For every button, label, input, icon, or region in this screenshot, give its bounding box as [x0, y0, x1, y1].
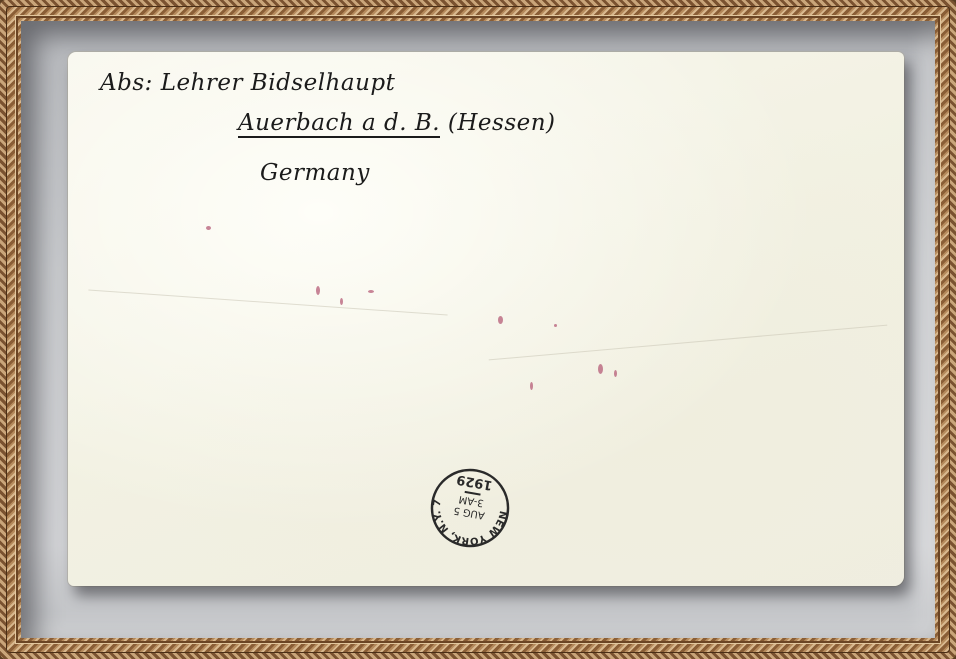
- ink-speck: [368, 290, 374, 293]
- sender-region: (Hessen): [448, 110, 556, 136]
- sender-country: Germany: [260, 160, 370, 186]
- ink-speck: [530, 382, 533, 390]
- envelope-flap-crease: [489, 325, 888, 361]
- sender-town: Auerbach a d. B.: [238, 110, 440, 138]
- postmark-stamp: NEW YORK, N.Y. 7 AUG 5 3-AM 1929: [421, 459, 518, 556]
- envelope-flap-crease: [88, 289, 447, 315]
- envelope-back: Abs: Lehrer Bidselhaupt Auerbach a d. B.…: [68, 52, 904, 586]
- sender-line-1: Abs: Lehrer Bidselhaupt: [100, 70, 395, 96]
- ink-speck: [498, 316, 503, 324]
- ink-speck: [598, 364, 603, 374]
- ink-speck: [554, 324, 557, 327]
- ink-speck: [206, 226, 211, 230]
- ink-speck: [614, 370, 617, 377]
- ink-speck: [316, 286, 320, 295]
- ink-speck: [340, 298, 343, 305]
- sender-line-2: Auerbach a d. B. (Hessen): [238, 110, 556, 136]
- postmark-icon: NEW YORK, N.Y. 7 AUG 5 3-AM 1929: [421, 459, 518, 556]
